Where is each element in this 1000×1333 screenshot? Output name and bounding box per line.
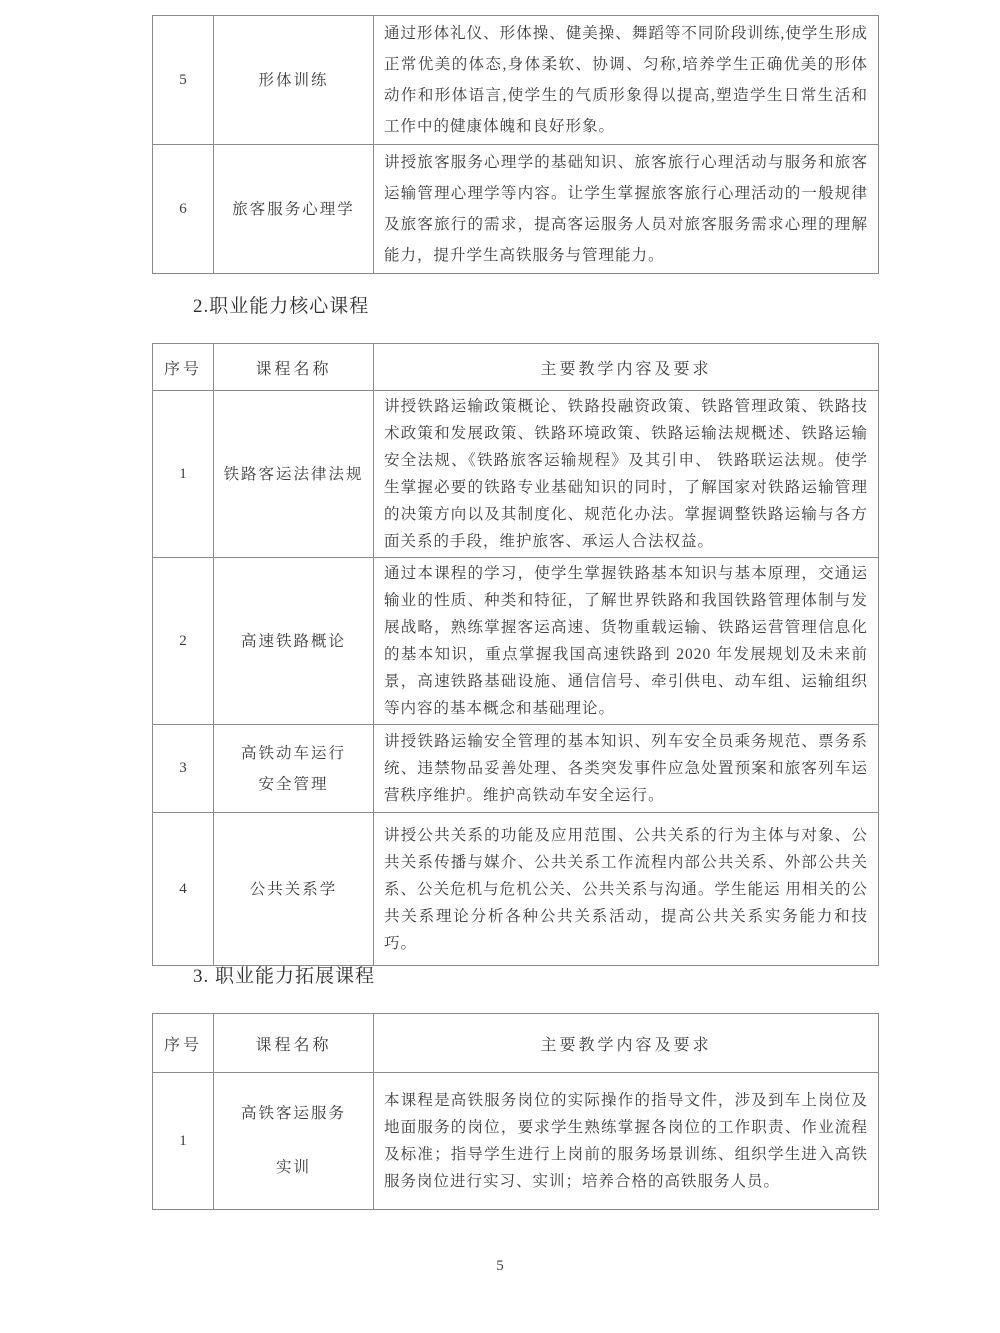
course-description: 通过形体礼仪、形体操、健美操、舞蹈等不同阶段训练,使学生形成正常优美的体态,身体…: [374, 16, 879, 145]
course-name: 铁路客运法律法规: [214, 391, 374, 558]
header-no: 序号: [153, 1014, 214, 1073]
section-heading-core-courses: 2.职业能力核心课程: [193, 291, 369, 318]
header-content: 主要教学内容及要求: [374, 344, 879, 391]
extension-courses-table: 序号 课程名称 主要教学内容及要求 1 高铁客运服务 实训 本课程是高铁服务岗位…: [152, 1013, 879, 1210]
table-row: 3 高铁动车运行 安全管理 讲授铁路运输安全管理的基本知识、列车安全员乘务规范、…: [153, 725, 879, 813]
course-name: 旅客服务心理学: [214, 145, 374, 274]
header-course: 课程名称: [214, 344, 374, 391]
course-name: 高速铁路概论: [214, 558, 374, 725]
row-number: 4: [153, 813, 214, 966]
table-row: 6 旅客服务心理学 讲授旅客服务心理学的基础知识、旅客旅行心理活动与服务和旅客运…: [153, 145, 879, 274]
course-name: 高铁动车运行 安全管理: [214, 725, 374, 813]
course-description: 讲授铁路运输安全管理的基本知识、列车安全员乘务规范、票务系统、违禁物品妥善处理、…: [374, 725, 879, 813]
table-row: 1 高铁客运服务 实训 本课程是高铁服务岗位的实际操作的指导文件，涉及到车上岗位…: [153, 1073, 879, 1210]
course-description: 讲授公共关系的功能及应用范围、公共关系的行为主体与对象、公共关系传播与媒介、公共…: [374, 813, 879, 966]
page-number: 5: [0, 1258, 1000, 1275]
courses-table-continued: 5 形体训练 通过形体礼仪、形体操、健美操、舞蹈等不同阶段训练,使学生形成正常优…: [152, 15, 879, 274]
table-header-row: 序号 课程名称 主要教学内容及要求: [153, 1014, 879, 1073]
document-page: 5 形体训练 通过形体礼仪、形体操、健美操、舞蹈等不同阶段训练,使学生形成正常优…: [0, 0, 1000, 1333]
row-number: 1: [153, 1073, 214, 1210]
table-row: 2 高速铁路概论 通过本课程的学习，使学生掌握铁路基本知识与基本原理，交通运输业…: [153, 558, 879, 725]
course-description: 通过本课程的学习，使学生掌握铁路基本知识与基本原理，交通运输业的性质、种类和特征…: [374, 558, 879, 725]
course-name: 形体训练: [214, 16, 374, 145]
table-header-row: 序号 课程名称 主要教学内容及要求: [153, 344, 879, 391]
header-content: 主要教学内容及要求: [374, 1014, 879, 1073]
header-no: 序号: [153, 344, 214, 391]
course-description: 本课程是高铁服务岗位的实际操作的指导文件，涉及到车上岗位及地面服务的岗位，要求学…: [374, 1073, 879, 1210]
course-name: 公共关系学: [214, 813, 374, 966]
row-number: 6: [153, 145, 214, 274]
section-heading-extension-courses: 3. 职业能力拓展课程: [193, 961, 375, 988]
table-row: 1 铁路客运法律法规 讲授铁路运输政策概论、铁路投融资政策、铁路管理政策、铁路技…: [153, 391, 879, 558]
row-number: 1: [153, 391, 214, 558]
course-description: 讲授旅客服务心理学的基础知识、旅客旅行心理活动与服务和旅客运输管理心理学等内容。…: [374, 145, 879, 274]
row-number: 2: [153, 558, 214, 725]
row-number: 3: [153, 725, 214, 813]
table-row: 5 形体训练 通过形体礼仪、形体操、健美操、舞蹈等不同阶段训练,使学生形成正常优…: [153, 16, 879, 145]
row-number: 5: [153, 16, 214, 145]
table-row: 4 公共关系学 讲授公共关系的功能及应用范围、公共关系的行为主体与对象、公共关系…: [153, 813, 879, 966]
course-description: 讲授铁路运输政策概论、铁路投融资政策、铁路管理政策、铁路技术政策和发展政策、铁路…: [374, 391, 879, 558]
header-course: 课程名称: [214, 1014, 374, 1073]
core-courses-table: 序号 课程名称 主要教学内容及要求 1 铁路客运法律法规 讲授铁路运输政策概论、…: [152, 343, 879, 966]
course-name: 高铁客运服务 实训: [214, 1073, 374, 1210]
